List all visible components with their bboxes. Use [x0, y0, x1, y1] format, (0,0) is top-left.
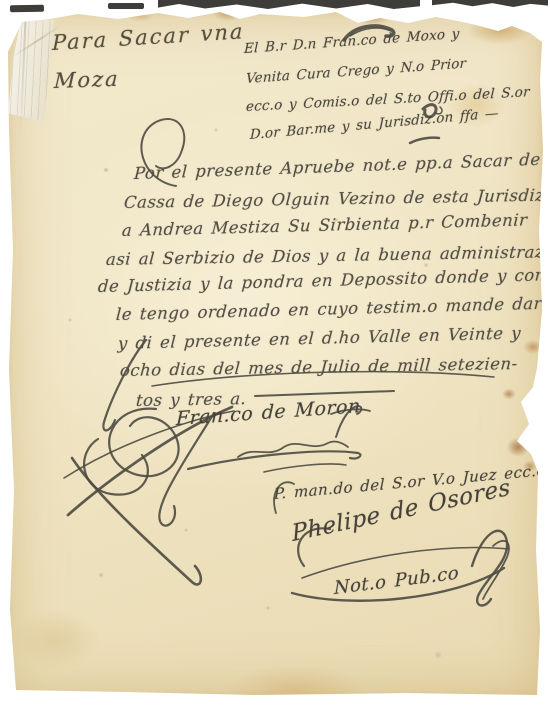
- torn-page-edge-remnant: [10, 5, 44, 13]
- margin-note-line: El B.r D.n Fran.co de Moxo y: [244, 27, 460, 56]
- line-filler-dash: [255, 391, 394, 396]
- signature-rubric-flourish: [72, 458, 201, 584]
- signature-rubric-flourish: [238, 442, 348, 457]
- torn-page-edge-remnant: [432, 0, 548, 7]
- body-line: Cassa de Diego Olguin Vezino de esta Jur…: [123, 186, 550, 211]
- signature-rubric-flourish: [483, 541, 509, 599]
- torn-page-edge-remnant: [108, 3, 144, 9]
- body-line: le tengo ordenado en cuyo testim.o mande…: [115, 295, 542, 324]
- heading-line-2: Moza: [54, 68, 120, 92]
- paper-sheet: Para Sacar vna Moza El B.r D.n Fran.co d…: [6, 10, 544, 698]
- body-line: Por el presente Apruebe not.e pp.a Sacar…: [134, 150, 550, 182]
- body-line: y di el presente en el d.ho Valle en Vei…: [117, 324, 521, 352]
- signature-rubric-flourish: [472, 531, 507, 606]
- scan-background: Para Sacar vna Moza El B.r D.n Fran.co d…: [0, 0, 550, 709]
- descender-flourish: [103, 340, 146, 430]
- curled-corner: [8, 14, 54, 122]
- body-line: ocho dias del mes de Julio de mill setez…: [119, 355, 518, 379]
- torn-page-edge-remnant: [158, 0, 420, 9]
- signature-rubric-flourish: [84, 439, 148, 495]
- heading-line-1: Para Sacar vna: [52, 20, 245, 54]
- body-line: de Justizia y la pondra en Depossito don…: [97, 266, 550, 295]
- body-line: asi al Serbizio de Dios y a la buena adm…: [105, 243, 550, 268]
- signature-rubric-flourish: [159, 413, 214, 526]
- margin-note-line: Venita Cura Crego y N.o Prior: [246, 57, 467, 87]
- notary-title: Not.o Pub.co: [334, 565, 459, 599]
- signature-rubric-flourish: [109, 409, 178, 477]
- body-line: a Andrea Mestiza Su Sirbienta p.r Comben…: [121, 211, 528, 239]
- margin-dash: [410, 138, 439, 143]
